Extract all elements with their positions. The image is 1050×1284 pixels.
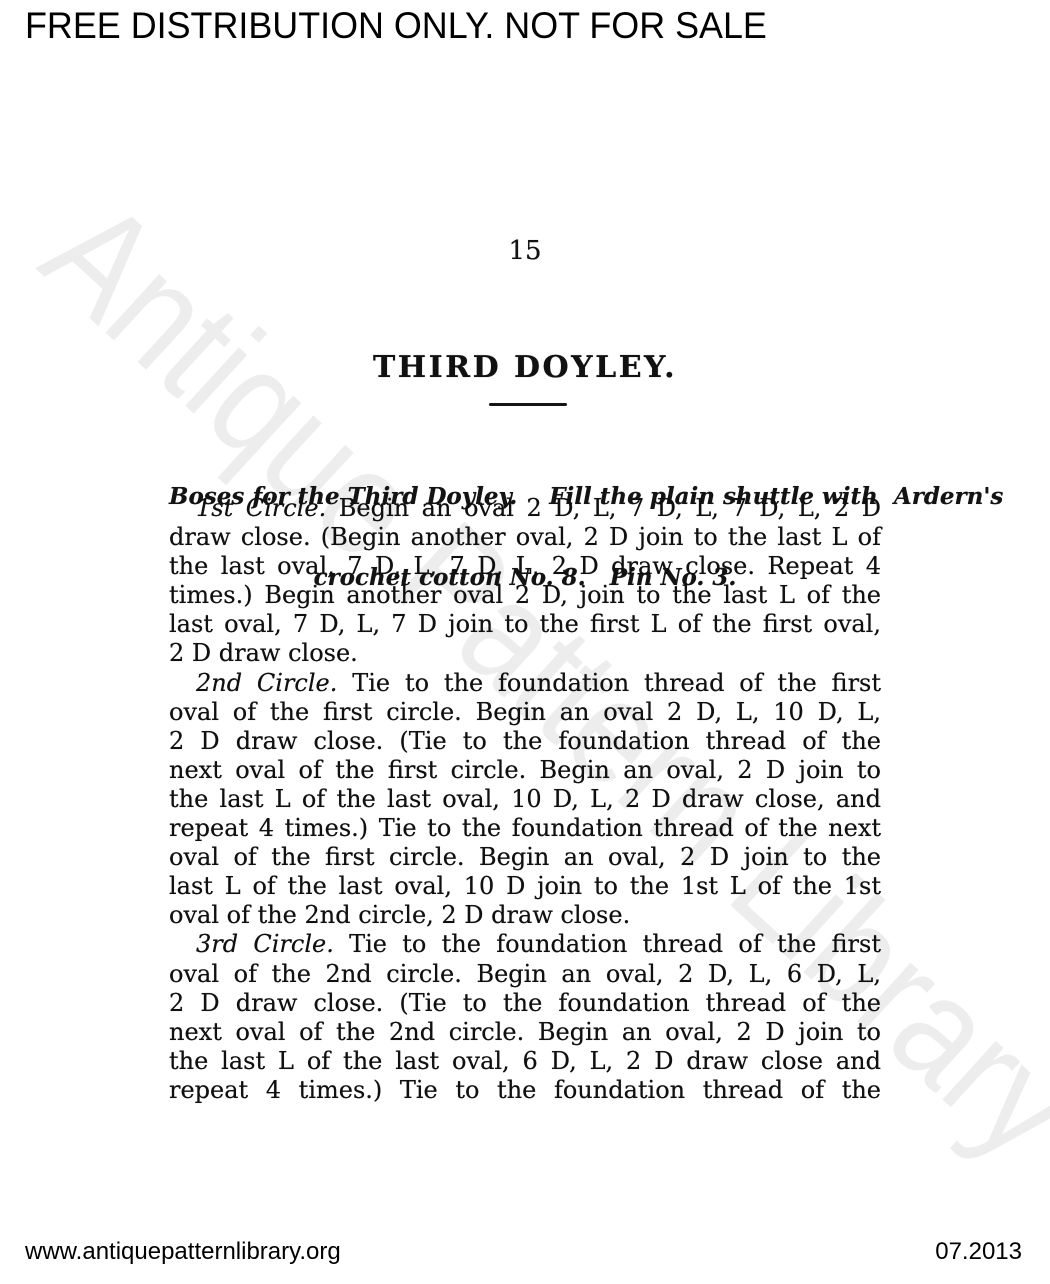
text-line: 2 D draw close. (Tie to the foundation t… bbox=[169, 989, 881, 1018]
text-line-rest: Tie to the foundation thread of the firs… bbox=[352, 669, 881, 697]
text-line: 2nd Circle. Tie to the foundation thread… bbox=[169, 669, 881, 698]
text-line-rest: Begin an oval 2 D, L, 7 D, L, 7 D, L, 2 … bbox=[339, 494, 881, 522]
text-line: 1st Circle. Begin an oval 2 D, L, 7 D, L… bbox=[169, 494, 881, 523]
page-title: THIRD DOYLEY. bbox=[169, 350, 881, 385]
text-line: oval of the first circle. Begin an oval,… bbox=[169, 843, 881, 872]
circle-lead: 2nd Circle. bbox=[196, 669, 337, 697]
text-line: oval of the 2nd circle, 2 D draw close. bbox=[169, 901, 881, 930]
text-line: repeat 4 times.) Tie to the foundation t… bbox=[169, 1076, 881, 1105]
paragraph-2nd-circle: 2nd Circle. Tie to the foundation thread… bbox=[169, 669, 881, 931]
pattern-instructions: 1st Circle. Begin an oval 2 D, L, 7 D, L… bbox=[169, 494, 881, 1105]
text-line: next oval of the 2nd circle. Begin an ov… bbox=[169, 1018, 881, 1047]
text-line: times.) Begin another oval 2 D, join to … bbox=[169, 581, 881, 610]
text-line: the last L of the last oval, 6 D, L, 2 D… bbox=[169, 1047, 881, 1076]
distribution-banner: FREE DISTRIBUTION ONLY. NOT FOR SALE bbox=[25, 5, 767, 47]
footer-date: 07.2013 bbox=[935, 1238, 1022, 1266]
text-line: oval of the 2nd circle. Begin an oval, 2… bbox=[169, 960, 881, 989]
paragraph-3rd-circle: 3rd Circle. Tie to the foundation thread… bbox=[169, 930, 881, 1105]
text-line: oval of the first circle. Begin an oval … bbox=[169, 698, 881, 727]
circle-lead: 1st Circle. bbox=[196, 494, 326, 522]
text-line: next oval of the first circle. Begin an … bbox=[169, 756, 881, 785]
text-line: repeat 4 times.) Tie to the foundation t… bbox=[169, 814, 881, 843]
text-line: 2 D draw close. bbox=[169, 639, 881, 668]
title-rule-divider bbox=[489, 403, 567, 406]
text-line: 2 D draw close. (Tie to the foundation t… bbox=[169, 727, 881, 756]
page-number: 15 bbox=[169, 236, 881, 266]
text-line-rest: Tie to the foundation thread of the firs… bbox=[349, 930, 881, 958]
text-line: last L of the last oval, 10 D join to th… bbox=[169, 872, 881, 901]
text-line: last oval, 7 D, L, 7 D join to the first… bbox=[169, 610, 881, 639]
text-line: 3rd Circle. Tie to the foundation thread… bbox=[169, 930, 881, 959]
text-line: draw close. (Begin another oval, 2 D joi… bbox=[169, 523, 881, 552]
scanned-page: FREE DISTRIBUTION ONLY. NOT FOR SALE 15 … bbox=[0, 0, 1050, 1284]
text-line: the last L of the last oval, 10 D, L, 2 … bbox=[169, 785, 881, 814]
circle-lead: 3rd Circle. bbox=[196, 930, 334, 958]
text-line: the last oval, 7 D, L, 7 D, L, 2 D draw … bbox=[169, 552, 881, 581]
footer-url: www.antiquepatternlibrary.org bbox=[25, 1238, 341, 1266]
paragraph-1st-circle: 1st Circle. Begin an oval 2 D, L, 7 D, L… bbox=[169, 494, 881, 669]
